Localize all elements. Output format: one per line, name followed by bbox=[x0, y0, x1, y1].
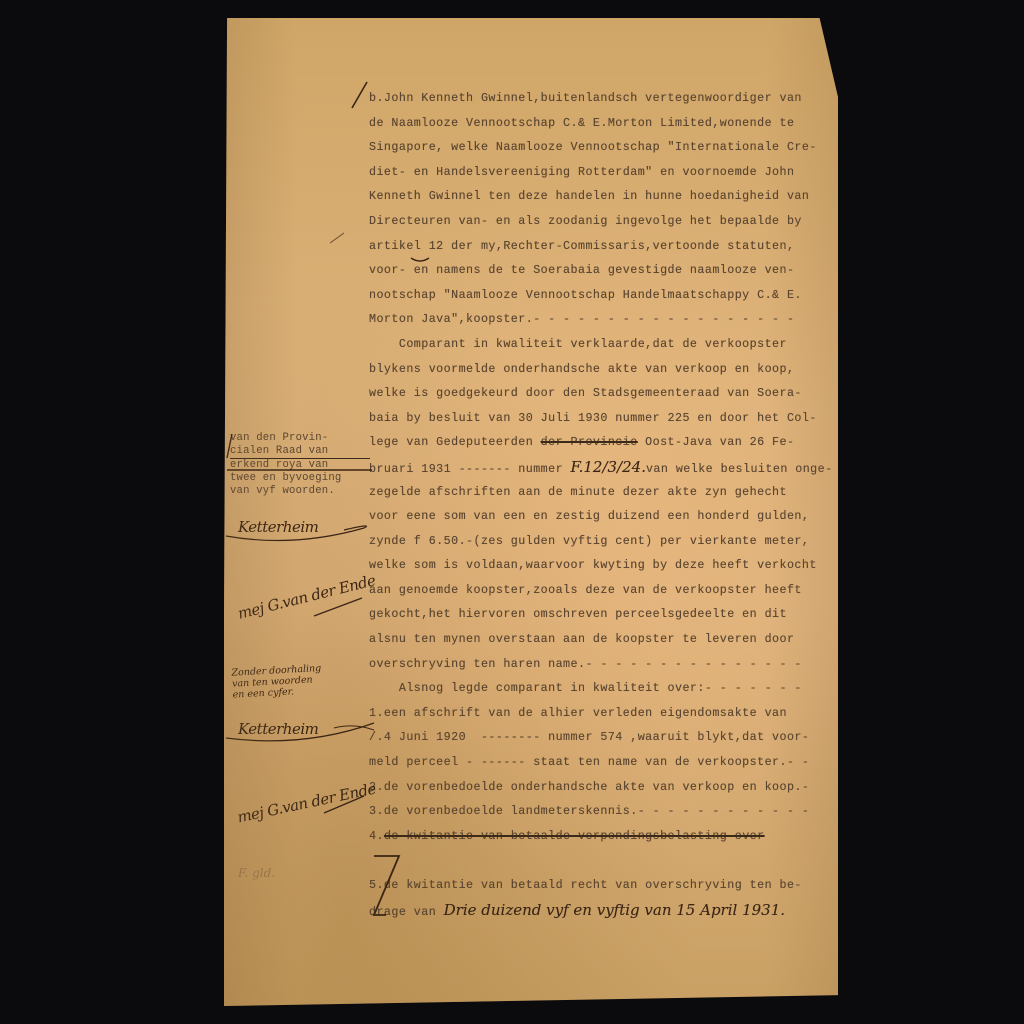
text-line: voor eene som van een en zestig duizend … bbox=[369, 504, 839, 529]
text-line: welke som is voldaan,waarvoor kwyting by… bbox=[369, 553, 839, 578]
signature-4: mej G.van der Ende bbox=[236, 780, 378, 827]
text-line: Alsnog legde comparant in kwaliteit over… bbox=[369, 676, 839, 701]
margin-note-line: twee en byvoeging bbox=[230, 472, 370, 485]
struck-text: der Provincie bbox=[541, 435, 638, 449]
text-line: voor- en namens de te Soerabaia gevestig… bbox=[369, 258, 839, 283]
text-line: meld perceel - ------ staat ten name van… bbox=[369, 750, 839, 775]
text-line: zegelde afschriften aan de minute dezer … bbox=[369, 480, 839, 505]
text-line: blykens voormelde onderhandsche akte van… bbox=[369, 357, 839, 382]
signature-2: mej G.van der Ende bbox=[236, 571, 377, 623]
text-line: /.4 Juni 1920 -------- nummer 574 ,waaru… bbox=[369, 725, 839, 750]
margin-note-handwritten: Zonder doorhalingvan ten woordenen een c… bbox=[231, 660, 373, 700]
text-line: aan genoemde koopster,zooals deze van de… bbox=[369, 578, 839, 603]
pencil-note: F. gld. bbox=[238, 866, 275, 880]
struck-text: de kwitantie van betaalde verpondingsbel… bbox=[384, 829, 765, 843]
signature-3: Ketterheim bbox=[238, 720, 318, 738]
text-line: 4.de kwitantie van betaalde verpondingsb… bbox=[369, 824, 839, 849]
text-line: 5.de kwitantie van betaald recht van ove… bbox=[369, 873, 839, 898]
text-line: bruari 1931 ------- nummer F.12/3/24.van… bbox=[369, 455, 839, 480]
text-line: Singapore, welke Naamlooze Vennootschap … bbox=[369, 135, 839, 160]
margin-note-line: cialen Raad van bbox=[230, 445, 370, 459]
margin-note-typed: van den Provin-cialen Raad vanerkend roy… bbox=[230, 432, 370, 498]
margin-note-line: erkend roya van bbox=[230, 459, 370, 472]
text-line: Comparant in kwaliteit verklaarde,dat de… bbox=[369, 332, 839, 357]
margin-note-line: van den Provin- bbox=[230, 432, 370, 445]
document-page: b.John Kenneth Gwinnel,buitenlandsch ver… bbox=[224, 18, 838, 1006]
text-line: zynde f 6.50.-(zes gulden vyftig cent) p… bbox=[369, 529, 839, 554]
text-line: welke is goedgekeurd door den Stadsgemee… bbox=[369, 381, 839, 406]
text-line: 2.de vorenbedoelde onderhandsche akte va… bbox=[369, 775, 839, 800]
typed-body-text: b.John Kenneth Gwinnel,buitenlandsch ver… bbox=[369, 86, 839, 922]
text-line: baia by besluit van 30 Juli 1930 nummer … bbox=[369, 406, 839, 431]
text-line: overschryving ten haren name.- - - - - -… bbox=[369, 652, 839, 677]
handwritten-insert: F.12/3/24. bbox=[571, 458, 646, 476]
text-line: nootschap "Naamlooze Vennootschap Handel… bbox=[369, 283, 839, 308]
margin-note-line: van vyf woorden. bbox=[230, 485, 370, 498]
text-line: 1.een afschrift van de alhier verleden e… bbox=[369, 701, 839, 726]
text-line: drage van Drie duizend vyf en vyftig van… bbox=[369, 898, 839, 923]
text-line bbox=[369, 848, 839, 873]
text-line: Morton Java",koopster.- - - - - - - - - … bbox=[369, 307, 839, 332]
text-line: de Naamlooze Vennootschap C.& E.Morton L… bbox=[369, 111, 839, 136]
text-line: 3.de vorenbedoelde landmeterskennis.- - … bbox=[369, 799, 839, 824]
text-line: lege van Gedeputeerden der Provincie Oos… bbox=[369, 430, 839, 455]
text-line: b.John Kenneth Gwinnel,buitenlandsch ver… bbox=[369, 86, 839, 111]
text-line: Kenneth Gwinnel ten deze handelen in hun… bbox=[369, 184, 839, 209]
signature-1: Ketterheim bbox=[238, 518, 318, 536]
handwritten-insert: Drie duizend vyf en vyftig van 15 April … bbox=[444, 901, 785, 919]
text-line: alsnu ten mynen overstaan aan de koopste… bbox=[369, 627, 839, 652]
text-line: artikel 12 der my,Rechter-Commissaris,ve… bbox=[369, 234, 839, 259]
text-line: Directeuren van- en als zoodanig ingevol… bbox=[369, 209, 839, 234]
text-line: diet- en Handelsvereeniging Rotterdam" e… bbox=[369, 160, 839, 185]
text-line: gekocht,het hiervoren omschreven perceel… bbox=[369, 602, 839, 627]
